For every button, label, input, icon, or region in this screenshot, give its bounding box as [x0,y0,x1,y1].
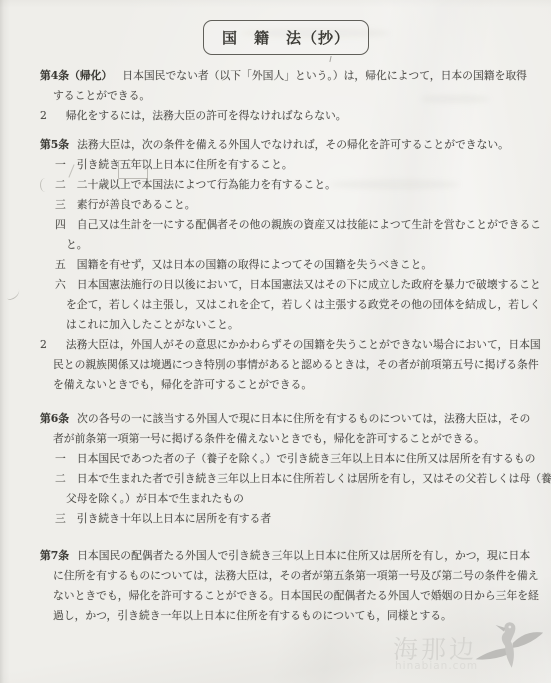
law-text: 次の各号の一に該当する外国人で現に日本に住所を有するものについては，法務大臣は，… [77,412,530,425]
law-line: 五国籍を有せず，又は日本の国籍の取得によつてその国籍を失うべきこと。 [40,255,551,275]
item-number: 四 [55,215,66,235]
law-text: 素行が善良であること。 [77,198,196,211]
law-line: ないときでも，帰化を許可することができる。日本国民の配偶者たる外国人で婚姻の日か… [40,586,551,606]
item-number: 五 [55,255,66,275]
law-line: はこれに加入したことがないこと。 [40,315,551,335]
law-text: ないときでも，帰化を許可することができる。日本国民の配偶者たる外国人で婚姻の日か… [53,589,539,602]
item-number: 一 [55,155,66,175]
law-line: 2帰化をするには，法務大臣の許可を得なければならない。 [40,106,551,126]
document-title-box: 国 籍 法（抄） [203,20,369,55]
law-text: 帰化をするには，法務大臣の許可を得なければならない。 [66,109,347,122]
item-number: 三 [55,195,66,215]
law-text: 者が前条第一項第一号に掲げる条件を備えないときでも，帰化を許可することができる。 [53,432,485,445]
law-line: 第7条日本国民の配偶者たる外国人で引き続き三年以上日本に住所又は居所を有し，かつ… [40,546,551,566]
law-text: 引き続き五年以上日本に住所を有すること。 [77,158,293,171]
item-number: 一 [55,449,66,469]
law-text-body: 第4条（帰化）日本国民でない者（以下「外国人」という。）は，帰化によつて，日本の… [40,66,551,626]
law-text: 日本国憲法施行の日以後において，日本国憲法又はその下に成立した政府を暴力で破壊す… [77,278,541,291]
watermark: 海那边 hinabian.com [383,618,548,676]
law-line: 三素行が善良であること。 [40,195,551,215]
item-number: 二 [55,175,66,195]
law-text: 自己又は生計を一にする配偶者その他の親族の資産又は技能によつて生計を営むことがで… [77,218,541,231]
law-line: を備えないときでも，帰化を許可することができる。 [40,375,551,395]
item-number: 三 [55,509,66,529]
law-text: を企て，若しくは主張し，又はこれを企て，若しくは主張する政党その他の団体を結成し… [66,298,541,311]
law-text: 民との親族関係又は境遇につき特別の事情があると認めるときは，その者が前項第五号に… [53,358,539,371]
article-heading: 第6条 [40,409,69,429]
article-heading: 第5条 [40,135,69,155]
law-text: 日本で生まれた者で引き続き三年以上日本に住所若しくは居所を有し，又はその父若しく… [77,472,551,485]
law-line: 二日本で生まれた者で引き続き三年以上日本に住所若しくは居所を有し，又はその父若し… [40,469,551,489]
scanned-document-page: 国 籍 法（抄） 第4条（帰化）日本国民でない者（以下「外国人」という。）は，帰… [0,0,551,683]
law-line: 第4条（帰化）日本国民でない者（以下「外国人」という。）は，帰化によつて，日本の… [40,66,551,86]
pencil-curve-annotation [5,286,22,301]
law-text: と。 [66,238,88,251]
law-line: に住所を有するものについては，法務大臣は，その者が第五条第一項第一号及び第二号の… [40,566,551,586]
law-line: を企て，若しくは主張し，又はこれを企て，若しくは主張する政党その他の団体を結成し… [40,295,551,315]
law-line: 一引き続き五年以上日本に住所を有すること。 [40,155,551,175]
law-text: することができる。 [53,89,150,102]
law-line: と。 [40,235,551,255]
paragraph-number: 2 [40,106,47,126]
bird-logo-icon [469,620,545,670]
document-title: 国 籍 法（抄） [222,27,350,48]
law-text: 二十歳以上で本国法によつて行為能力を有すること。 [77,178,336,191]
law-text: 日本国民であつた者の子（養子を除く。）で引き続き三年以上日本に住所又は居所を有す… [77,452,536,465]
law-line: 第6条次の各号の一に該当する外国人で現に日本に住所を有するものについては，法務大… [40,409,551,429]
law-text: 日本国民でない者（以下「外国人」という。）は，帰化によつて，日本の国籍を取得 [122,69,527,82]
law-text: 法務大臣は，次の条件を備える外国人でなければ，その帰化を許可することができない。 [77,138,509,151]
law-text: 父母を除く。）が日本で生まれたもの [66,492,244,505]
watermark-domain: hinabian.com [395,660,478,672]
law-text: を備えないときでも，帰化を許可することができる。 [53,378,312,391]
law-line: 二二十歳以上で本国法によつて行為能力を有すること。 [40,175,551,195]
law-line: 四自己又は生計を一にする配偶者その他の親族の資産又は技能によつて生計を営むことが… [40,215,551,235]
law-line: 者が前条第一項第一号に掲げる条件を備えないときでも，帰化を許可することができる。 [40,429,551,449]
law-line: 父母を除く。）が日本で生まれたもの [40,489,551,509]
pencil-box-annotation [118,160,148,179]
article-heading: 第7条 [40,546,69,566]
law-line: 六日本国憲法施行の日以後において，日本国憲法又はその下に成立した政府を暴力で破壊… [40,275,551,295]
stray-mark [329,56,331,62]
article-heading: 第4条（帰化） [40,66,112,86]
item-number: 六 [55,275,66,295]
law-line: することができる。 [40,86,551,106]
item-number: 二 [55,469,66,489]
paragraph-number: 2 [40,335,47,355]
law-line: 一日本国民であつた者の子（養子を除く。）で引き続き三年以上日本に住所又は居所を有… [40,449,551,469]
law-text: はこれに加入したことがないこと。 [66,318,239,331]
law-text: に住所を有するものについては，法務大臣は，その者が第五条第一項第一号及び第二号の… [53,569,539,582]
law-line: 第5条法務大臣は，次の条件を備える外国人でなければ，その帰化を許可することができ… [40,135,551,155]
law-text: 引き続き十年以上日本に居所を有する者 [77,512,271,525]
law-line: 2法務大臣は，外国人がその意思にかかわらずその国籍を失うことができない場合におい… [40,335,551,355]
law-text: 日本国民の配偶者たる外国人で引き続き三年以上日本に住所又は居所を有し，かつ，現に… [77,549,530,562]
law-line: 民との親族関係又は境遇につき特別の事情があると認めるときは，その者が前項第五号に… [40,355,551,375]
law-text: 法務大臣は，外国人がその意思にかかわらずその国籍を失うことができない場合において… [66,338,541,351]
law-text: 国籍を有せず，又は日本の国籍の取得によつてその国籍を失うべきこと。 [77,258,432,271]
law-line: 三引き続き十年以上日本に居所を有する者 [40,509,551,529]
pencil-paren-annotation [40,178,49,192]
